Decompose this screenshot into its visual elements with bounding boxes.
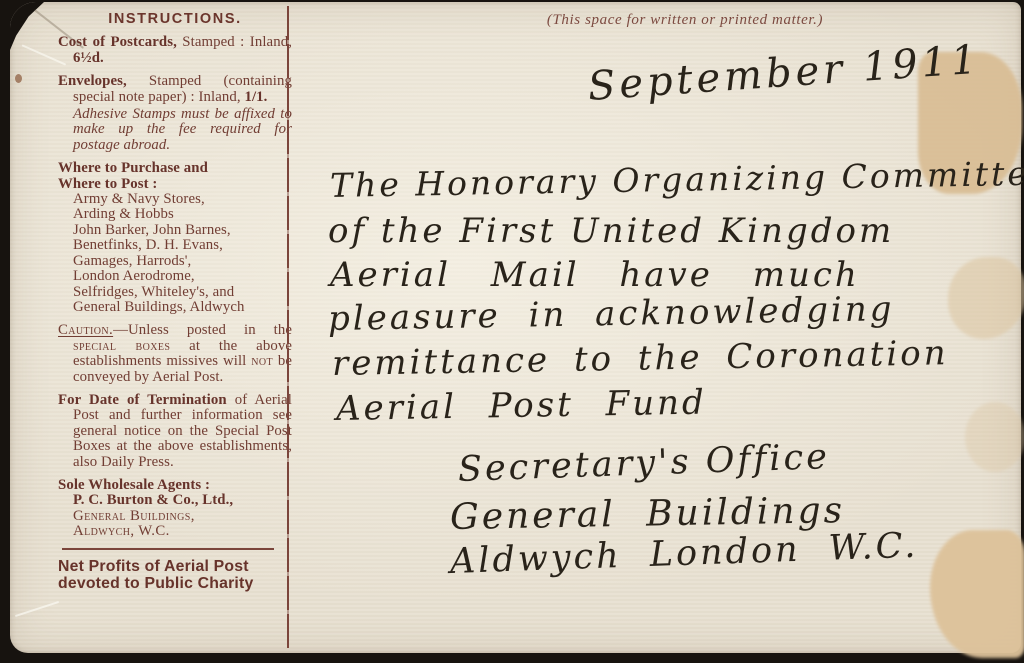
handwritten-line: remittance to the Coronation xyxy=(332,333,949,384)
postcard: INSTRUCTIONS. Cost of Postcards, Stamped… xyxy=(10,2,1021,653)
text-segment: Stamped : Inland, xyxy=(177,34,292,50)
instruction-line: General Buildings, Aldwych xyxy=(58,300,292,315)
printed-note: (This space for written or printed matte… xyxy=(490,12,880,29)
text-segment: Net Profits of Aerial Post xyxy=(58,558,249,575)
horizontal-rule xyxy=(62,548,274,550)
handwritten-line: The Honorary Organizing Committee xyxy=(330,153,1024,205)
instruction-line: Selfridges, Whiteley's, and xyxy=(58,285,292,300)
text-segment: special boxes xyxy=(73,338,170,354)
text-segment: Cost of Postcards, xyxy=(58,34,177,50)
instruction-line: Aldwych, W.C. xyxy=(58,524,292,539)
text-segment: Benetfinks, D. H. Evans, xyxy=(73,237,223,253)
text-segment: —Unless posted in the xyxy=(113,322,292,338)
instruction-paragraph: Cost of Postcards, Stamped : Inland, 6½d… xyxy=(58,35,292,66)
text-segment: P. C. Burton & Co., Ltd., xyxy=(73,492,233,508)
stain xyxy=(965,402,1024,472)
instruction-line: Benetfinks, D. H. Evans, xyxy=(58,238,292,253)
instructions-panel: INSTRUCTIONS. Cost of Postcards, Stamped… xyxy=(58,12,292,600)
text-segment: General Buildings, Aldwych xyxy=(73,299,245,315)
stain-speck xyxy=(15,74,22,83)
divider-line xyxy=(287,6,289,648)
text-segment: not xyxy=(251,353,273,369)
stain xyxy=(930,530,1024,658)
instruction-line: Army & Navy Stores, xyxy=(58,192,292,207)
instruction-line: Sole Wholesale Agents : xyxy=(58,478,292,493)
instruction-line: London Aerodrome, xyxy=(58,269,292,284)
handwritten-line: of the First United Kingdom xyxy=(328,211,894,251)
instruction-paragraph: For Date of Termination of Aerial Post a… xyxy=(58,393,292,470)
text-segment: General Buildings, xyxy=(73,508,195,524)
text-segment: 6½d. xyxy=(73,50,104,66)
caution-paragraph: Caution.—Unless posted in the special bo… xyxy=(58,323,292,385)
instruction-line: Net Profits of Aerial Post xyxy=(58,558,292,575)
text-segment: Envelopes, xyxy=(58,73,127,89)
instruction-paragraph: Envelopes, Stamped (containing special n… xyxy=(58,74,292,105)
text-segment: Army & Navy Stores, xyxy=(73,191,205,207)
text-segment: Sole Wholesale Agents : xyxy=(58,477,210,493)
instruction-line: P. C. Burton & Co., Ltd., xyxy=(58,493,292,508)
text-segment: Gamages, Harrods', xyxy=(73,253,191,269)
instruction-line: General Buildings, xyxy=(58,509,292,524)
corner-damage xyxy=(10,2,44,50)
text-segment: 1/1. xyxy=(244,89,267,105)
handwritten-line: Aerial Mail have much xyxy=(330,255,860,295)
text-segment: Where to Purchase and xyxy=(58,160,208,176)
text-segment: John Barker, John Barnes, xyxy=(73,222,231,238)
instructions-blocks: Cost of Postcards, Stamped : Inland, 6½d… xyxy=(58,35,292,592)
adhesive-stamps-paragraph: Adhesive Stamps must be affixed to make … xyxy=(58,107,292,153)
text-segment: Selfridges, Whiteley's, and xyxy=(73,284,234,300)
signature-line: Secretary's Office xyxy=(457,437,830,490)
cost-of-postcards-paragraph: Cost of Postcards, Stamped : Inland, 6½d… xyxy=(58,35,292,66)
crease-line xyxy=(15,601,59,617)
text-segment: Adhesive Stamps must be affixed to make … xyxy=(73,106,292,153)
net-profits-block: Net Profits of Aerial Postdevoted to Pub… xyxy=(58,558,292,593)
text-segment: London Aerodrome, xyxy=(73,268,195,284)
text-segment: Arding & Hobbs xyxy=(73,206,174,222)
envelopes-paragraph: Envelopes, Stamped (containing special n… xyxy=(58,74,292,105)
text-segment: For Date of Termination xyxy=(58,392,227,408)
instructions-title: INSTRUCTIONS. xyxy=(58,12,292,27)
instruction-line: John Barker, John Barnes, xyxy=(58,223,292,238)
instruction-line: Where to Post : xyxy=(58,177,292,192)
stain xyxy=(948,257,1024,339)
instruction-paragraph: Adhesive Stamps must be affixed to make … xyxy=(58,107,292,153)
instruction-line: Gamages, Harrods', xyxy=(58,254,292,269)
text-segment: Caution. xyxy=(58,322,113,338)
instruction-paragraph: Caution.—Unless posted in the special bo… xyxy=(58,323,292,385)
instruction-line: Arding & Hobbs xyxy=(58,207,292,222)
where-to-purchase-block: Where to Purchase andWhere to Post :Army… xyxy=(58,161,292,315)
wholesale-agents-block: Sole Wholesale Agents :P. C. Burton & Co… xyxy=(58,478,292,540)
handwritten-line: Aerial Post Fund xyxy=(336,383,707,429)
termination-paragraph: For Date of Termination of Aerial Post a… xyxy=(58,393,292,470)
text-segment: devoted to Public Charity xyxy=(58,575,253,592)
handwritten-line: pleasure in acknowledging xyxy=(328,289,895,339)
instruction-line: devoted to Public Charity xyxy=(58,575,292,592)
text-segment: Where to Post : xyxy=(58,176,157,192)
instruction-line: Where to Purchase and xyxy=(58,161,292,176)
text-segment: Aldwych, W.C. xyxy=(73,523,170,539)
